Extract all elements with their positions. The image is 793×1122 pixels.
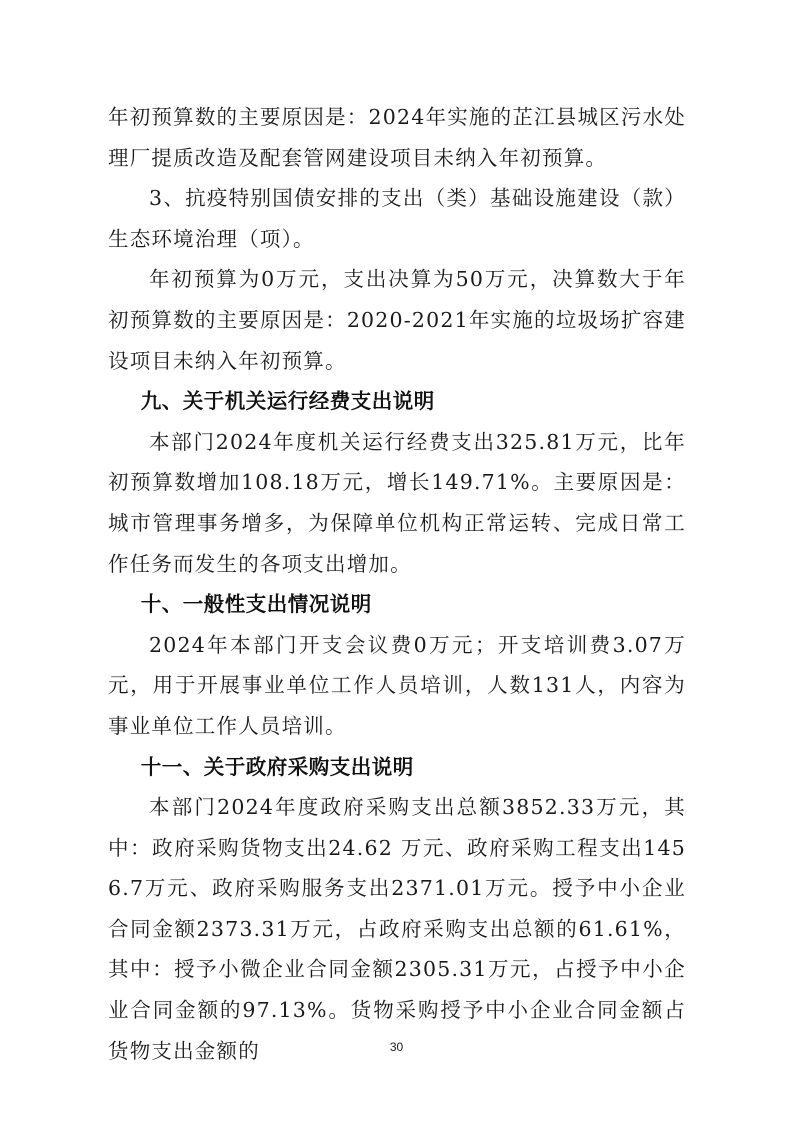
paragraph-item-3-title: 3、抗疫特别国债安排的支出（类）基础设施建设（款）生态环境治理（项）。 [108,178,686,259]
document-page: 年初预算数的主要原因是：2024年实施的芷江县城区污水处理厂提质改造及配套管网建… [108,97,686,1071]
section-heading-9: 九、关于机关运行经费支出说明 [108,381,686,422]
section-heading-11: 十一、关于政府采购支出说明 [108,747,686,788]
paragraph-item-3-detail: 年初预算为0万元，支出决算为50万元，决算数大于年初预算数的主要原因是：2020… [108,259,686,381]
paragraph-procurement: 本部门2024年度政府采购支出总额3852.33万元，其中：政府采购货物支出24… [108,787,686,1071]
section-heading-10: 十、一般性支出情况说明 [108,584,686,625]
paragraph-budget-reason-continued: 年初预算数的主要原因是：2024年实施的芷江县城区污水处理厂提质改造及配套管网建… [108,97,686,178]
page-number: 30 [0,1040,793,1054]
paragraph-operating-expenses: 本部门2024年度机关运行经费支出325.81万元，比年初预算数增加108.18… [108,422,686,584]
paragraph-general-expenses: 2024年本部门开支会议费0万元；开支培训费3.07万元，用于开展事业单位工作人… [108,625,686,747]
